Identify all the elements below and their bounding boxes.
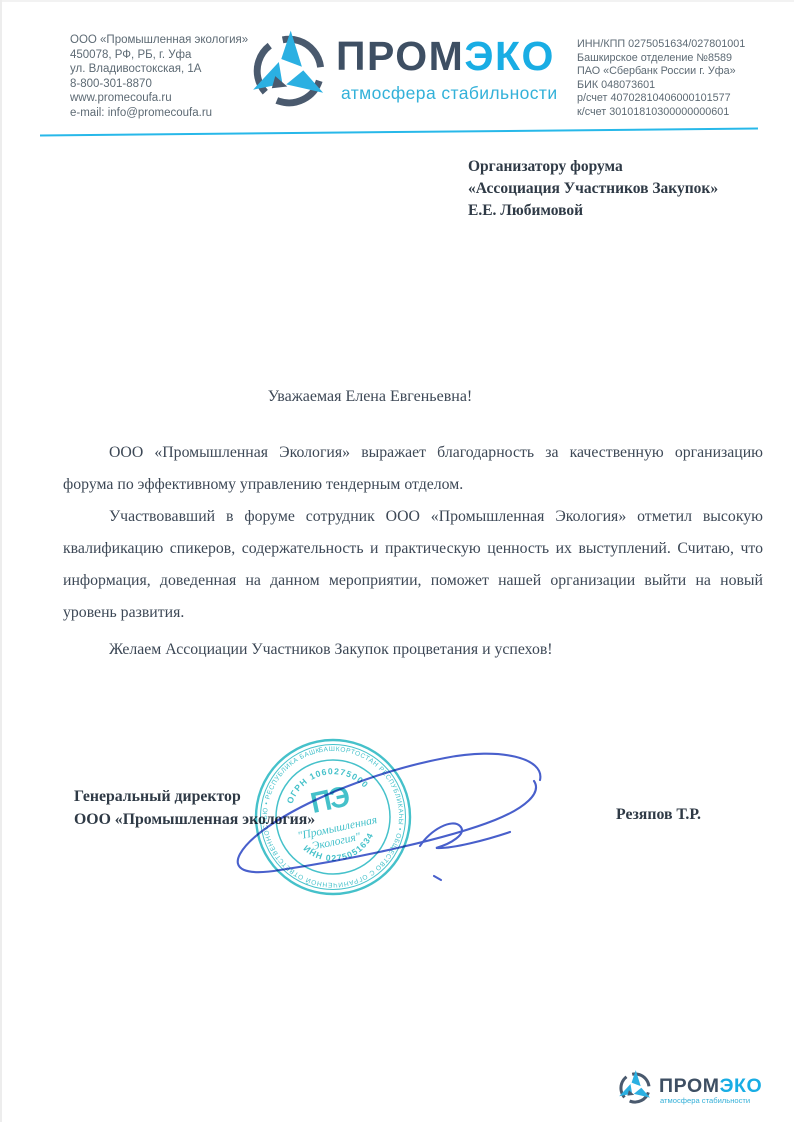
- recipient-role: Организатору форума: [468, 156, 718, 178]
- handwritten-signature: [200, 735, 680, 905]
- company-website: www.promecoufa.ru: [70, 91, 248, 106]
- footer-brand-wordmark: ПРОМЭКО: [659, 1077, 762, 1097]
- recipient-person: Е.Е. Любимовой: [468, 200, 718, 222]
- footer-wordmark-prom: ПРОМ: [659, 1075, 720, 1097]
- company-name: ООО «Промышленная экология»: [70, 33, 248, 48]
- recipient-block: Организатору форума «Ассоциация Участник…: [468, 156, 718, 222]
- brand-wordmark-eco: ЭКО: [464, 33, 555, 79]
- correspondent-account: к/счет 30101810300000000601: [577, 106, 745, 120]
- promeco-logo-icon: [246, 28, 332, 114]
- footer-brand-tagline: атмосфера стабильности: [660, 1096, 750, 1105]
- recipient-organization: «Ассоциация Участников Закупок»: [468, 178, 718, 200]
- body-paragraph-3: Желаем Ассоциации Участников Закупок про…: [63, 634, 763, 666]
- header-divider-line: [40, 128, 758, 137]
- company-email: e-mail: info@promecoufa.ru: [70, 106, 248, 121]
- body-paragraph-1: ООО «Промышленная Экология» выражает бла…: [63, 437, 763, 501]
- brand-tagline: атмосфера стабильности: [341, 83, 558, 104]
- body-paragraph-2: Участвовавший в форуме сотрудник ООО «Пр…: [63, 501, 763, 629]
- settlement-account: р/счет 40702810406000101577: [577, 92, 745, 106]
- company-address-line1: 450078, РФ, РБ, г. Уфа: [70, 48, 248, 63]
- footer-logo-icon: [616, 1069, 654, 1107]
- letter-page: ООО «Промышленная экология» 450078, РФ, …: [0, 0, 794, 1122]
- bank-branch: Башкирское отделение №8589: [577, 52, 745, 66]
- brand-wordmark: ПРОМЭКО: [336, 36, 555, 77]
- footer-wordmark-eco: ЭКО: [720, 1075, 763, 1097]
- company-address-line2: ул. Владивостокская, 1А: [70, 62, 248, 77]
- bank-details-block: ИНН/КПП 0275051634/027801001 Башкирское …: [577, 38, 745, 120]
- inn-kpp: ИНН/КПП 0275051634/027801001: [577, 38, 745, 52]
- bik: БИК 048073601: [577, 79, 745, 93]
- bank-name: ПАО «Сбербанк России г. Уфа»: [577, 65, 745, 79]
- salutation: Уважаемая Елена Евгеньевна!: [0, 388, 740, 406]
- brand-wordmark-prom: ПРОМ: [336, 33, 464, 79]
- company-phone: 8-800-301-8870: [70, 77, 248, 92]
- company-contact-block: ООО «Промышленная экология» 450078, РФ, …: [70, 33, 248, 120]
